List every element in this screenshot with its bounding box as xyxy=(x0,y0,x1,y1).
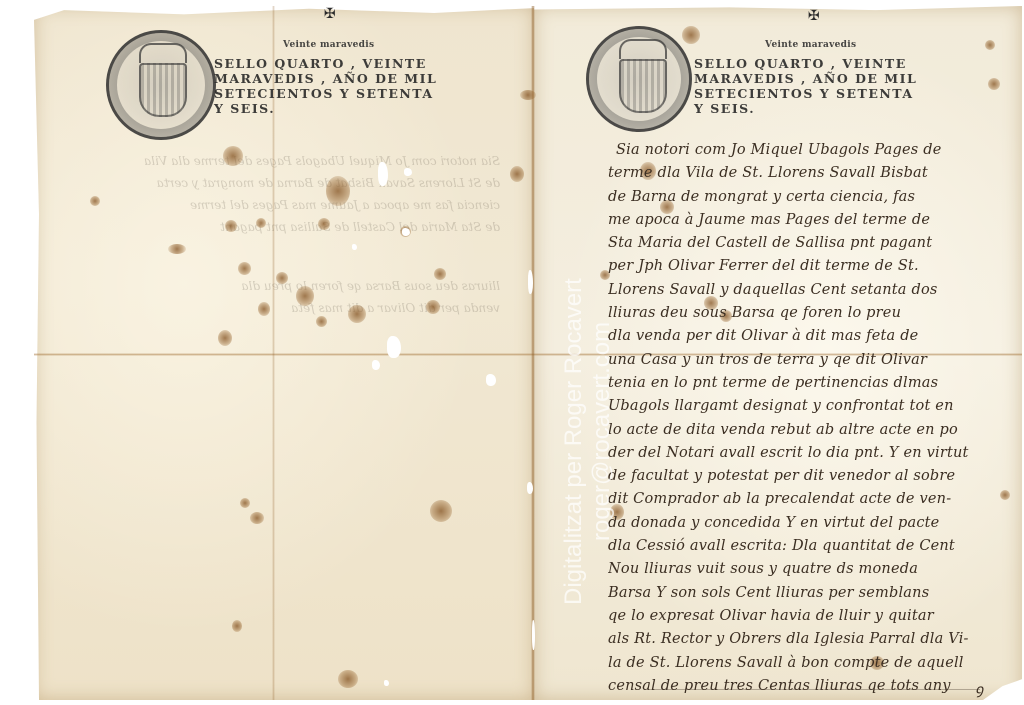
paper-hole xyxy=(528,270,533,294)
foxing-stain xyxy=(223,146,243,166)
paper-hole xyxy=(352,244,357,250)
coat-of-arms-icon xyxy=(619,59,667,113)
manuscript-line: tenia en lo pnt terme de pertinencias dl… xyxy=(608,372,1018,395)
scanned-document: Sia notori com Jo Miquel Ubagols Pages d… xyxy=(0,0,1024,705)
center-fold-crease xyxy=(531,6,535,700)
foxing-stain xyxy=(985,40,995,50)
manuscript-line: dit Comprador ab la precalendat acte de … xyxy=(608,488,1018,511)
foxing-stain xyxy=(276,272,288,284)
cross-icon: ✠ xyxy=(808,8,820,24)
foxing-stain xyxy=(250,512,264,524)
foxing-stain xyxy=(256,218,266,228)
stamp-header: Veinte maravedis xyxy=(283,40,374,50)
ruled-line xyxy=(650,689,980,690)
royal-seal-stamp xyxy=(106,30,216,140)
manuscript-line: dla Cessió avall escrita: Dla quantitat … xyxy=(608,535,1018,558)
foxing-stain xyxy=(90,196,100,206)
stamp-text: SELLO QUARTO , VEINTE MARAVEDIS , AÑO DE… xyxy=(214,56,437,116)
foxing-stain xyxy=(258,302,270,316)
stamp-text: SELLO QUARTO , VEINTE MARAVEDIS , AÑO DE… xyxy=(694,56,917,116)
manuscript-line: me apoca à Jaume mas Pages del terme de xyxy=(608,209,1018,232)
foxing-stain xyxy=(510,166,524,182)
paper-hole xyxy=(378,162,388,186)
manuscript-line: per Jph Olivar Ferrer del dit terme de S… xyxy=(608,255,1018,278)
foxing-stain xyxy=(238,262,251,275)
paper-hole xyxy=(384,680,389,686)
foxing-stain xyxy=(218,330,232,346)
bleed-through-text: Sia notori com Jo Miquel Ubagols Pages d… xyxy=(60,150,500,172)
foxing-stain xyxy=(434,268,446,280)
coat-of-arms-icon xyxy=(139,63,187,117)
bleed-through-text: de St Llorens Savall Bisbat de Barna de … xyxy=(60,172,500,194)
manuscript-line: terme dla Vila de St. Llorens Savall Bis… xyxy=(608,162,1018,185)
paper-hole xyxy=(402,228,410,236)
manuscript-line: da donada y concedida Y en virtut del pa… xyxy=(608,512,1018,535)
paper-hole xyxy=(532,620,535,650)
foxing-stain xyxy=(296,286,314,306)
stamp-header: Veinte maravedis xyxy=(765,40,856,50)
catchword-flourish: ꝯ xyxy=(975,680,983,699)
manuscript-line: de facultat y potestat per dit venedor a… xyxy=(608,465,1018,488)
foxing-stain xyxy=(225,220,237,232)
bleed-through-text: de Sta Maria del Castell de Sallisa pnt … xyxy=(60,216,500,238)
foxing-stain xyxy=(240,498,250,508)
watermark-credit: Digitalitzat per Roger Rocavert xyxy=(560,278,588,605)
paper-hole xyxy=(387,336,401,358)
manuscript-line: lo acte de dita venda rebut ab altre act… xyxy=(608,419,1018,442)
foxing-stain xyxy=(426,300,440,314)
manuscript-line: der del Notari avall escrit lo dia pnt. … xyxy=(608,442,1018,465)
manuscript-line: Sia notori com Jo Miquel Ubagols Pages d… xyxy=(608,139,1018,162)
manuscript-line: dla venda per dit Olivar à dit mas feta … xyxy=(608,325,1018,348)
crown-icon xyxy=(139,43,187,63)
foxing-stain xyxy=(348,305,366,323)
foxing-stain xyxy=(430,500,452,522)
foxing-stain xyxy=(168,244,186,254)
cross-icon: ✠ xyxy=(324,6,336,22)
paper-hole xyxy=(527,482,533,494)
paper-hole xyxy=(486,374,496,386)
manuscript-line: lliuras deu sous Barsa qe foren lo preu xyxy=(608,302,1018,325)
manuscript-line: Nou lliuras vuit sous y quatre ds moneda xyxy=(608,558,1018,581)
foxing-stain xyxy=(318,218,330,230)
manuscript-line: qe lo expresat Olivar havia de lluir y q… xyxy=(608,605,1018,628)
crown-icon xyxy=(619,39,667,59)
foxing-stain xyxy=(316,316,327,327)
manuscript-line: censal de preu tres Centas lliuras qe to… xyxy=(608,675,1018,698)
bleed-through-text: ciencia fas me apoca a Jaume mas Pages d… xyxy=(60,194,500,216)
foxing-stain xyxy=(682,26,700,44)
manuscript-line: la de St. Llorens Savall à bon compte de… xyxy=(608,652,1018,675)
manuscript-line: una Casa y un tros de terra y qe dit Oli… xyxy=(608,349,1018,372)
foxing-stain xyxy=(520,90,536,100)
royal-seal-stamp xyxy=(586,26,692,132)
foxing-stain xyxy=(988,78,1000,90)
foxing-stain xyxy=(338,670,358,688)
manuscript-line: de Barna de mongrat y certa ciencia, fas xyxy=(608,186,1018,209)
manuscript-line: Llorens Savall y daquellas Cent setanta … xyxy=(608,279,1018,302)
foxing-stain xyxy=(326,176,350,206)
foxing-stain xyxy=(232,620,242,632)
manuscript-line: Ubagols llargamt designat y confrontat t… xyxy=(608,395,1018,418)
digitization-watermark: Digitalitzat per Roger Rocavert roger@ro… xyxy=(560,278,616,605)
watermark-email: roger@rocavert.com xyxy=(588,278,616,605)
handwritten-text: Sia notori com Jo Miquel Ubagols Pages d… xyxy=(608,139,1018,698)
manuscript-line: als Rt. Rector y Obrers dla Iglesia Parr… xyxy=(608,628,1018,651)
manuscript-line: Barsa Y son sols Cent lliuras per sembla… xyxy=(608,582,1018,605)
manuscript-line: Sta Maria del Castell de Sallisa pnt pag… xyxy=(608,232,1018,255)
paper-hole xyxy=(404,168,412,176)
paper-hole xyxy=(372,360,380,370)
